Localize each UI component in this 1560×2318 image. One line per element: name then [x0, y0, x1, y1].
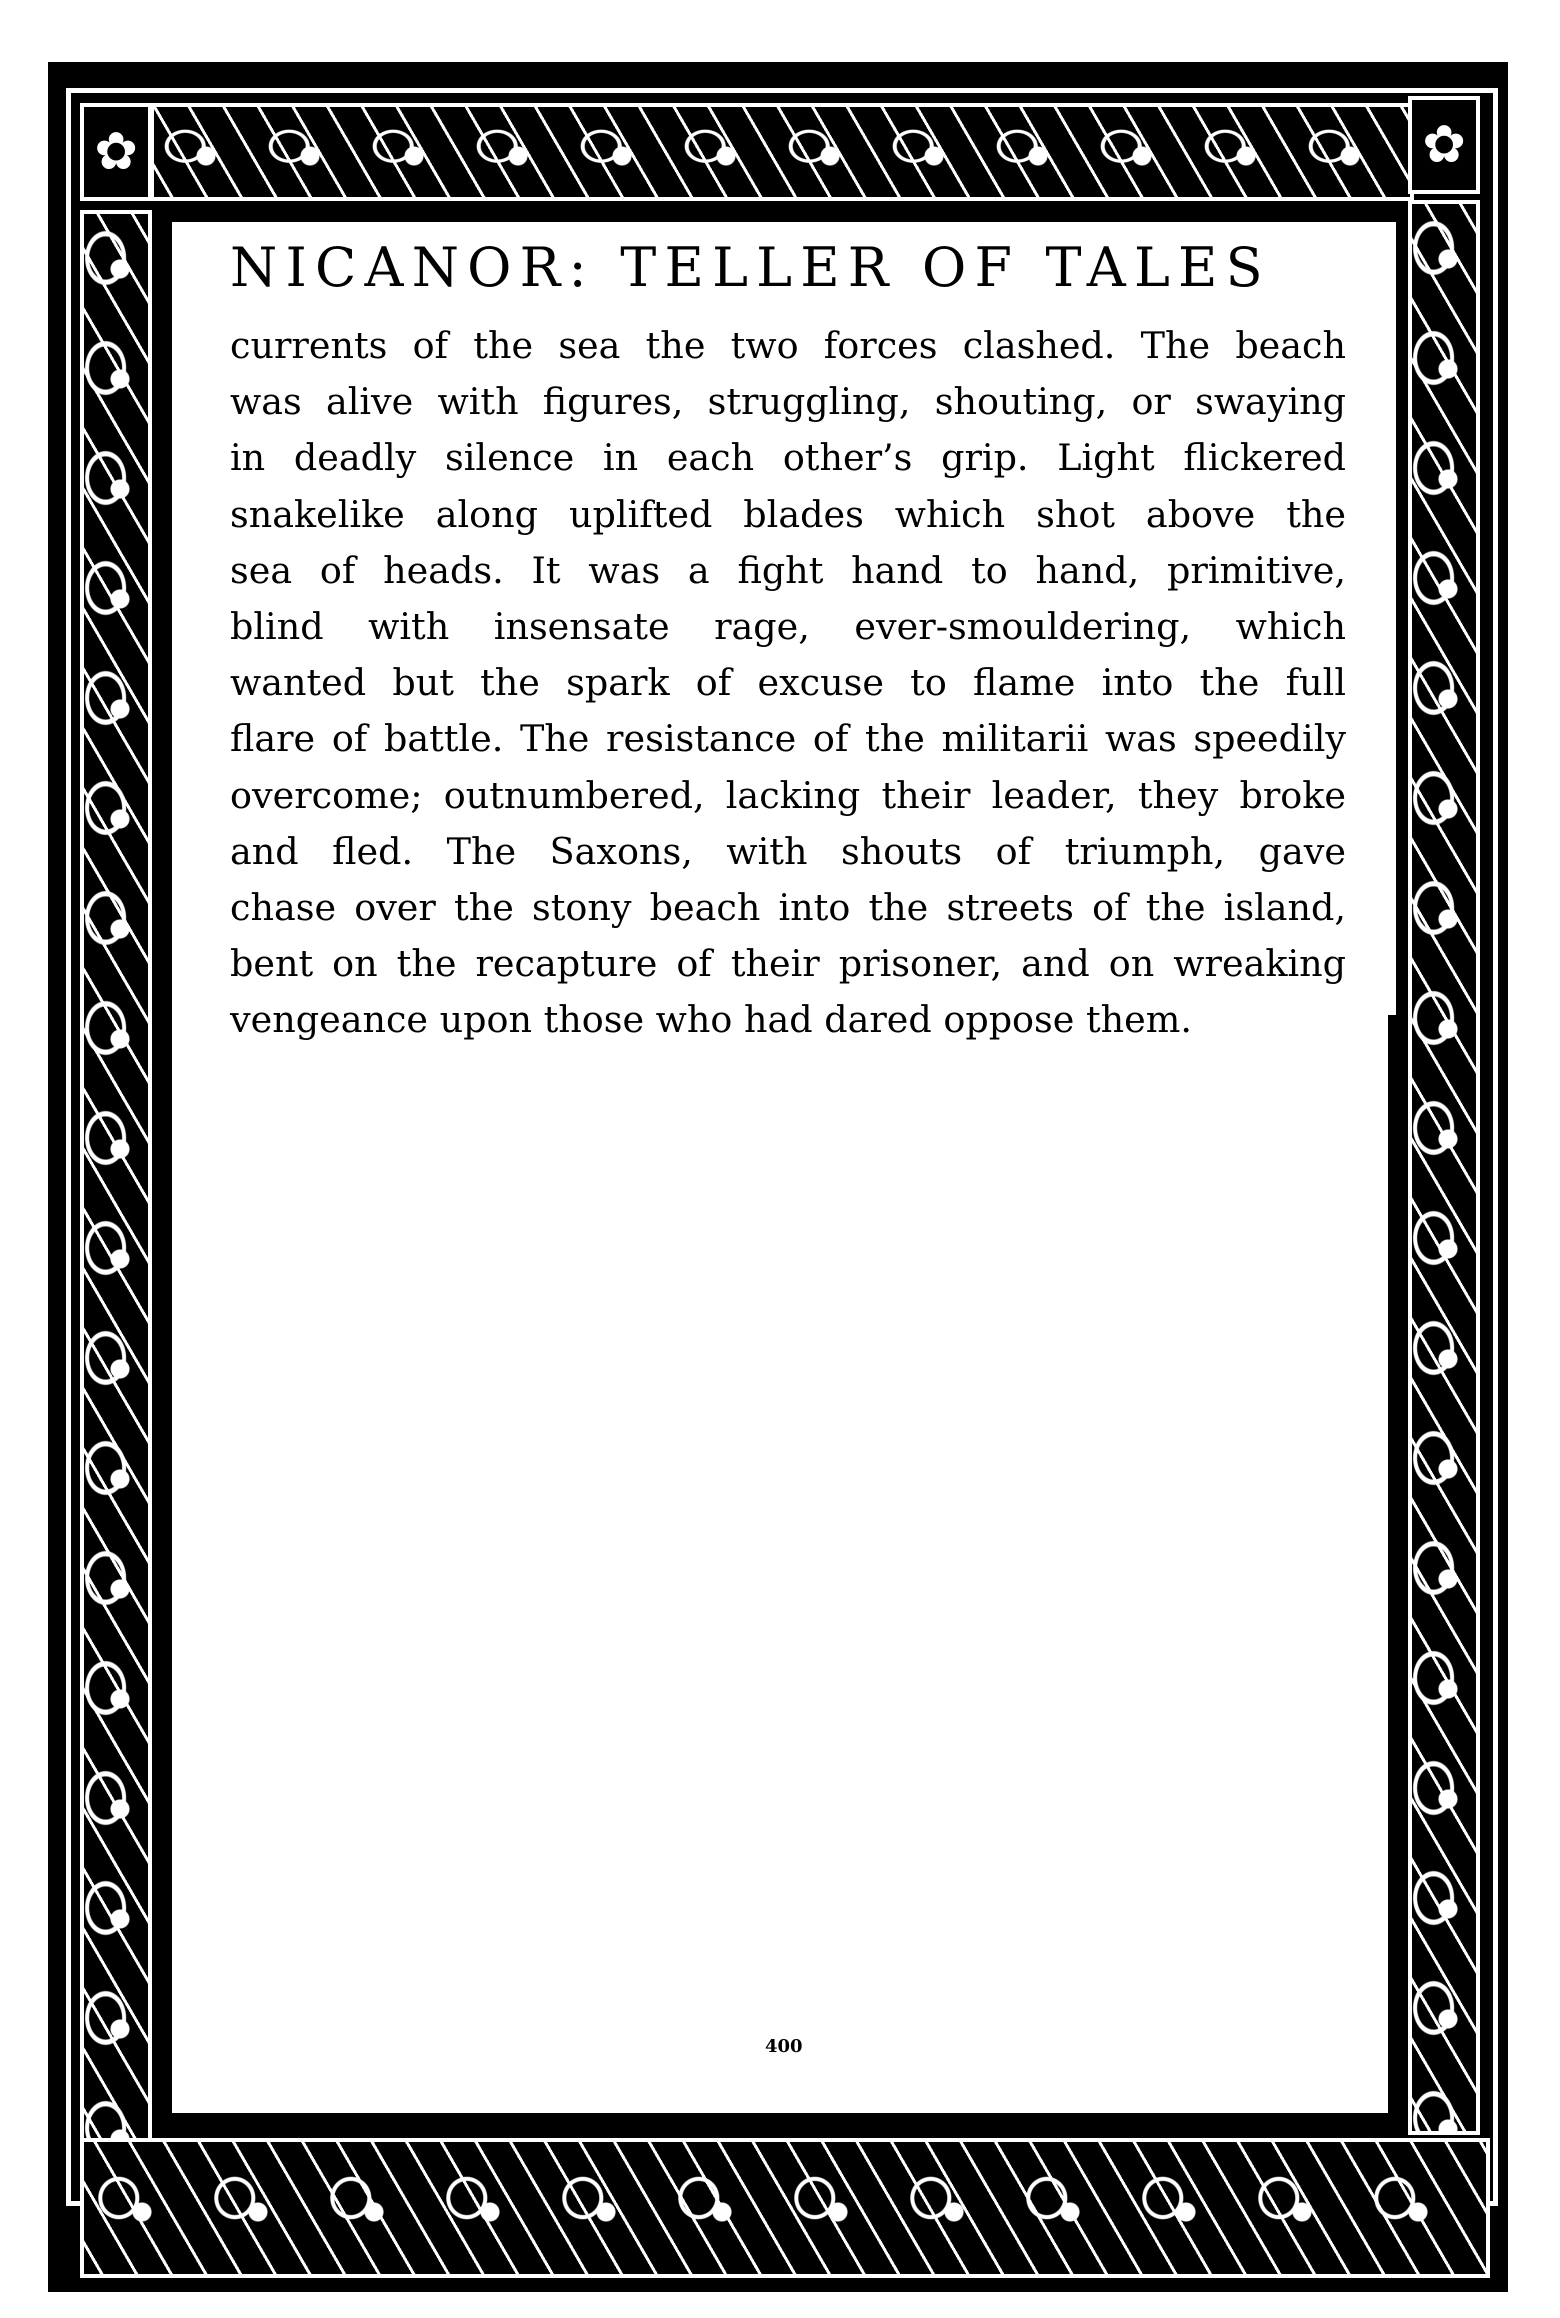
text-line: snakelike along uplifted blades which sh… — [230, 487, 1346, 543]
corner-flower-icon: ✿ — [80, 103, 152, 201]
bottom-floral-ornament-band — [80, 2138, 1490, 2278]
page-number: 400 — [765, 2036, 803, 2057]
flower-icon: ✿ — [1422, 119, 1466, 171]
body-text: currents of the sea the two forces clash… — [230, 318, 1346, 1048]
right-ornament-band — [1408, 200, 1480, 2135]
text-line: blind with insensate rage, ever-smoulder… — [230, 599, 1346, 655]
text-line: in deadly silence in each other’s grip. … — [230, 430, 1346, 486]
text-line: was alive with figures, struggling, shou… — [230, 374, 1346, 430]
running-head: NICANOR: TELLER OF TALES — [230, 236, 1348, 300]
left-ornament-band — [80, 210, 152, 2145]
book-page: ✿ ✿ NICANOR: TELLER OF TALES currents of… — [0, 0, 1560, 2318]
text-line: chase over the stony beach into the stre… — [230, 880, 1346, 936]
corner-flower-icon: ✿ — [1408, 96, 1480, 194]
top-ornament-band — [150, 103, 1414, 201]
text-line: and fled. The Saxons, with shouts of tri… — [230, 824, 1346, 880]
text-line: overcome; outnumbered, lacking their lea… — [230, 768, 1346, 824]
text-line: currents of the sea the two forces clash… — [230, 318, 1346, 374]
text-line: sea of heads. It was a fight hand to han… — [230, 543, 1346, 599]
text-line: wanted but the spark of excuse to flame … — [230, 655, 1346, 711]
text-line: vengeance upon those who had dared oppos… — [230, 992, 1346, 1048]
flower-icon: ✿ — [94, 126, 138, 178]
text-line: flare of battle. The resistance of the m… — [230, 711, 1346, 767]
text-line: bent on the recapture of their prisoner,… — [230, 936, 1346, 992]
panel-shadow-edge — [1388, 1015, 1400, 2115]
